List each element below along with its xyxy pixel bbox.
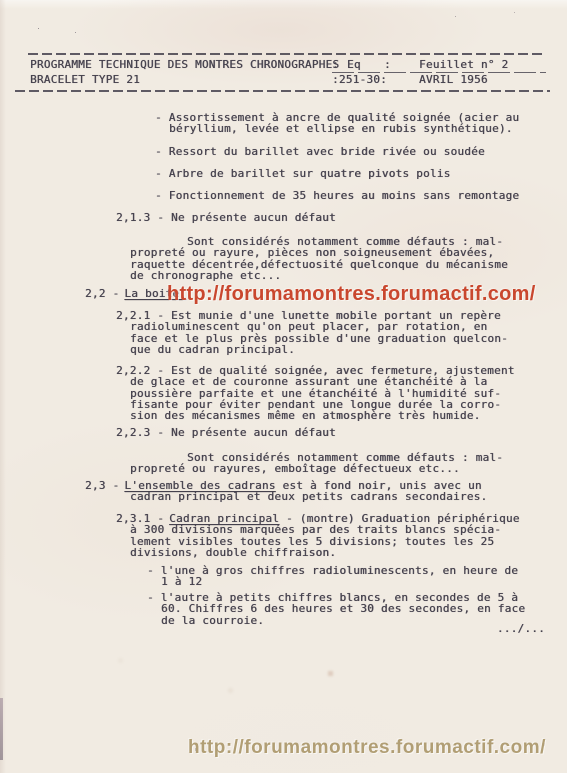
section-heading: 2,1.3 - Ne présente aucun défaut <box>0 212 567 223</box>
text-line: - Fonctionnement de 35 heures au moins s… <box>0 190 567 201</box>
text-line: propreté ou rayures, emboîtage défectueu… <box>0 463 567 474</box>
text-line: béryllium, levée et ellipse en rubis syn… <box>0 123 567 134</box>
section-2-2-3: 2,2.3 - Ne présente aucun défaut <box>0 427 567 438</box>
continuation-mark: .../... <box>0 623 545 634</box>
text-line: - Arbre de barillet sur quatre pivots po… <box>0 168 567 179</box>
watermark-url-bottom: http://forumamontres.forumactif.com/ <box>188 737 546 759</box>
text-line: cadran principal et deux petits cadrans … <box>0 491 567 502</box>
text-line: sion des mécanismes même en atmosphère t… <box>0 410 567 421</box>
scanned-document-page: PROGRAMME TECHNIQUE DES MONTRES CHRONOGR… <box>0 0 567 773</box>
bullet-item: - l'une à gros chiffres radioluminescent… <box>0 565 567 588</box>
bullet-item: - Arbre de barillet sur quatre pivots po… <box>0 168 567 179</box>
text-line: à 300 divisions marquées par des traits … <box>0 524 567 535</box>
column-separator: : <box>332 59 339 71</box>
defects-paragraph: Sont considérés notamment comme défauts … <box>0 452 567 475</box>
text-line: divisions, double chiffraison. <box>0 547 567 558</box>
defects-paragraph: Sont considérés notamment comme défauts … <box>0 236 567 281</box>
bullet-item: - Assortissement à ancre de qualité soig… <box>0 112 567 135</box>
text-line: 60. Chiffres 6 des heures et 30 des seco… <box>0 603 567 614</box>
sheet-number-label: Feuillet n° 2 <box>419 59 508 71</box>
section-2-3: 2,3 -L'ensemble des cadrans est à fond n… <box>0 480 567 503</box>
document-title: PROGRAMME TECHNIQUE DES MONTRES CHRONOGR… <box>30 59 339 71</box>
section-2-2-1: 2,2.1 - Est munie d'une lunette mobile p… <box>0 310 567 355</box>
section-2-3-1: 2,3.1 -Cadran principal - (montre) Gradu… <box>0 513 567 558</box>
bullet-item: - Ressort du barillet avec bride rivée o… <box>0 146 567 157</box>
text-line: de glace et de couronne assurant une éta… <box>0 376 567 387</box>
section-heading: 2,2.3 - Ne présente aucun défaut <box>0 427 567 438</box>
column-separator: : <box>384 59 391 71</box>
document-date: AVRIL 1956 <box>419 74 488 86</box>
text-line: - l'une à gros chiffres radioluminescent… <box>0 565 567 576</box>
bullet-item: - Fonctionnement de 35 heures au moins s… <box>0 190 567 201</box>
text-line: raquette décentrée,défectuosité quelconq… <box>0 259 567 270</box>
bullet-item: - l'autre à petits chiffres blancs, en s… <box>0 592 567 626</box>
text-line: 1 à 12 <box>0 576 567 587</box>
typewritten-content: PROGRAMME TECHNIQUE DES MONTRES CHRONOGR… <box>0 0 567 773</box>
watermark-url-mid: http://forumamontres.forumactif.com/ <box>167 283 536 306</box>
section-2-1-3: 2,1.3 - Ne présente aucun défaut <box>0 212 567 223</box>
text-line: que du cadran principal. <box>0 344 567 355</box>
section-number: 2,2 - <box>85 287 119 300</box>
text-line: propreté ou rayure, pièces non soigneuse… <box>0 247 567 258</box>
eq-column-label: Eq <box>347 59 361 71</box>
header-top-dashed-rule <box>28 53 542 55</box>
text-line: - Ressort du barillet avec bride rivée o… <box>0 146 567 157</box>
text-line: radioluminescent qu'on peut placer, par … <box>0 321 567 332</box>
text-line: de chronographe etc... <box>0 270 567 281</box>
document-subtitle: BRACELET TYPE 21 <box>30 74 140 86</box>
section-number: 2,3 - <box>85 479 119 492</box>
header-bottom-dashed-rule <box>15 90 550 92</box>
reference-number: :251-30: <box>332 74 387 86</box>
section-2-2-2: 2,2.2 - Est de qualité soignée, avec fer… <box>0 365 567 421</box>
